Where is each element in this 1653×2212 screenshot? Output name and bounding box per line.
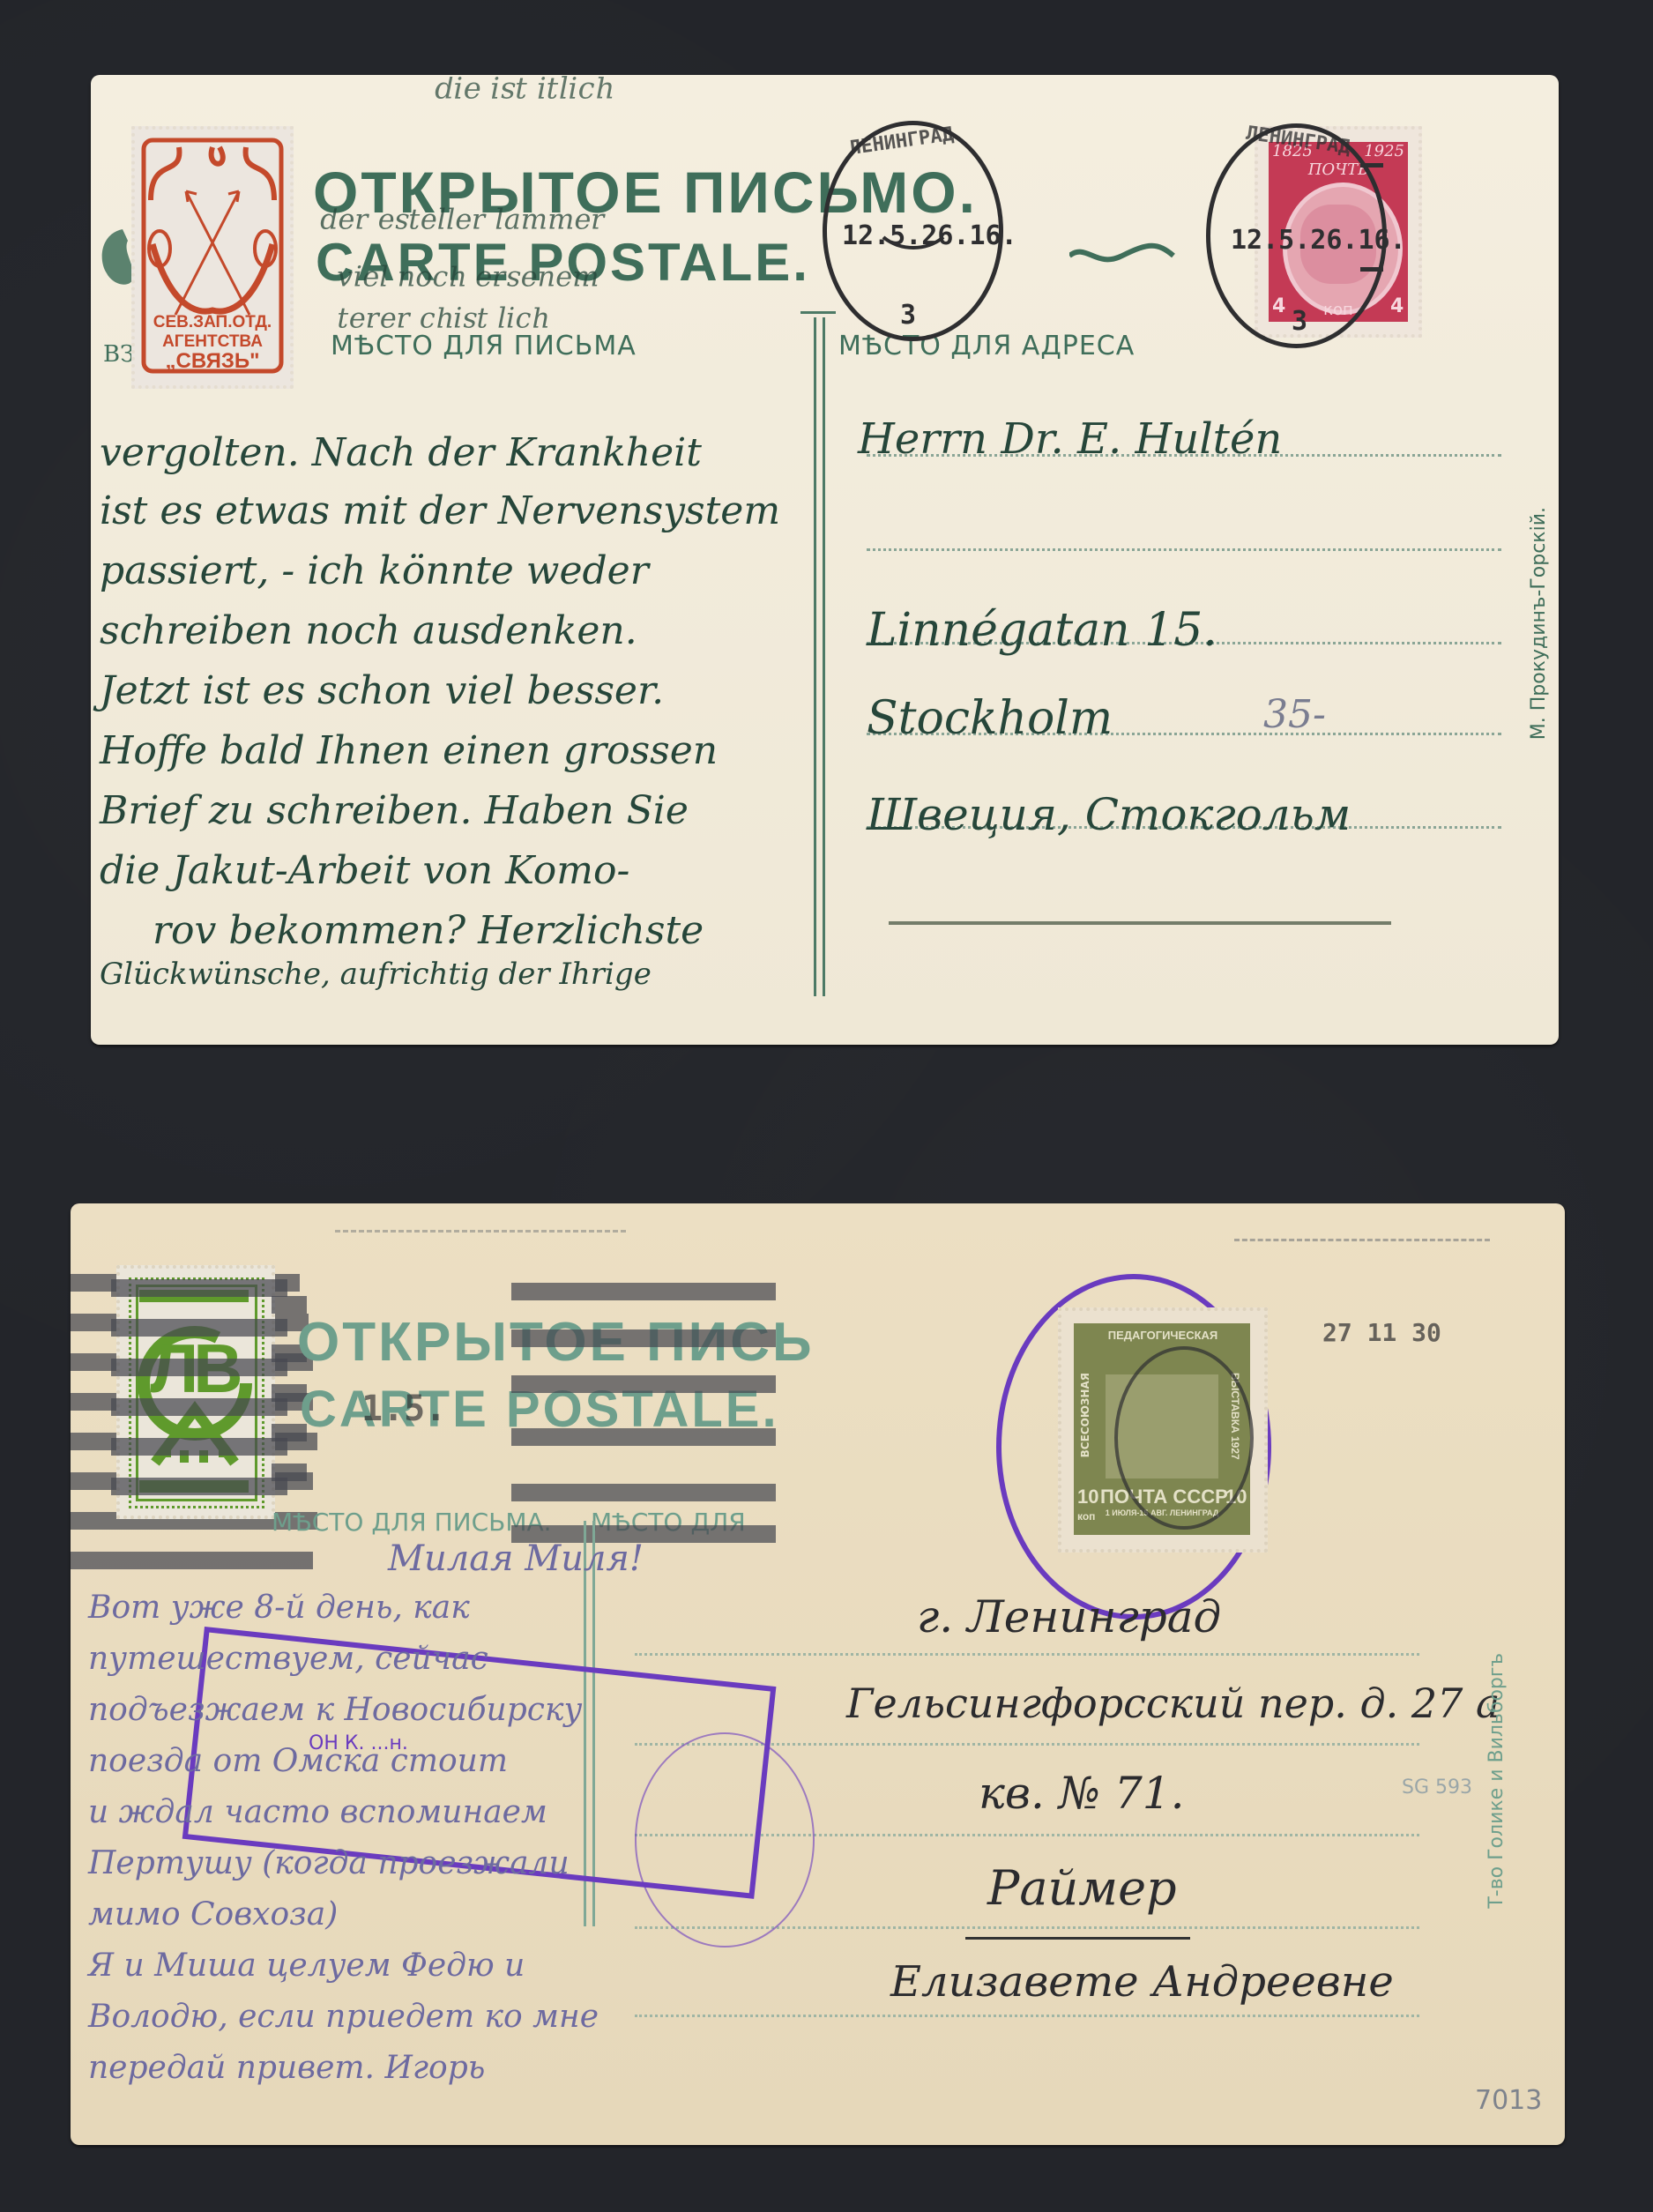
stamp-value-left: 10	[1077, 1486, 1098, 1508]
postmark-number: 3	[900, 300, 916, 331]
address-line: Елизавете Андреевне	[890, 1957, 1394, 2007]
address-line: Linnégatan 15.	[867, 604, 1217, 657]
message-line: Вот уже 8-й день, как	[88, 1583, 599, 1634]
postage-stamp-10-kop: ПЕДАГОГИЧЕСКАЯ ВСЕСОЮЗНАЯ ВЫСТАВКА 1927 …	[1058, 1307, 1268, 1553]
machine-cancel-date-left: 1.5.	[361, 1389, 446, 1429]
message-line: passiert, - ich könnte weder	[100, 541, 780, 601]
address-line: Stockholm	[867, 692, 1113, 745]
stamp-year-right: 1925	[1364, 142, 1404, 160]
divider-cap	[800, 311, 836, 314]
message-text: vergolten. Nach der Krankheit ist es etw…	[100, 423, 780, 987]
address-line: Herrn Dr. E. Hultén	[858, 414, 1282, 464]
message-line: подъезжаем к Новосибирску	[88, 1685, 599, 1736]
message-line: путешествуем, сейчас	[88, 1634, 599, 1685]
address-line: кв. № 71.	[979, 1768, 1184, 1819]
stamp-cancel	[1114, 1346, 1254, 1530]
message-line: ist es etwas mit der Nervensystem	[100, 481, 780, 541]
pencil-note: 35-	[1263, 692, 1326, 737]
address-dotted-line	[635, 2015, 1419, 2017]
pencil-inventory-number: 7013	[1475, 2085, 1542, 2116]
name-underline	[965, 1937, 1190, 1940]
message-line: rov bekommen? Herzlichste	[100, 901, 780, 961]
stamp-left-text: ВСЕСОЮЗНАЯ	[1079, 1373, 1091, 1457]
postmark-number: 3	[1292, 306, 1307, 337]
message-line: Jetzt ist es schon viel besser.	[100, 661, 780, 721]
message-line: Я и Миша целуем Федю и	[88, 1940, 599, 1992]
message-text: Вот уже 8-й день, как путешествуем, сейч…	[88, 1583, 599, 2094]
message-line: vergolten. Nach der Krankheit	[100, 423, 780, 483]
message-line: Brief zu schreiben. Haben Sie	[100, 781, 780, 841]
faint-violet-circle	[635, 1732, 815, 1948]
upside-down-handwriting: ɥɔᴉꞁʇᴉ ʇsᴉ ǝᴉp	[435, 75, 614, 110]
upside-down-handwriting: ɹǝɯɯɐꞁ ɹǝꞁꞁǝʇsǝ ɹǝp	[320, 207, 605, 241]
faint-marks	[1234, 1239, 1490, 1245]
message-line: Милая Миля!	[388, 1538, 644, 1579]
message-line: Володю, если приедет ко мне	[88, 1992, 599, 2043]
postmark-date: 12.5.26.16.	[842, 220, 1017, 251]
divider-line	[814, 317, 816, 996]
address-line: Раймер	[987, 1860, 1177, 1916]
stamp-unit: коп	[1077, 1510, 1095, 1523]
message-line: die Jakut-Arbeit von Komo-	[100, 841, 780, 901]
message-line: Hoffe bald Ihnen einen grossen	[100, 721, 780, 781]
upside-down-handwriting: ɯǝuǝsɹǝ ɥɔou ꞁǝᴉʌ	[338, 264, 599, 298]
message-line: Пертушу (когда проезжали	[88, 1838, 599, 1889]
header-flourish	[1069, 242, 1175, 269]
printer-imprint: Т-во Голике и Вильборгъ	[1485, 1653, 1508, 1909]
address-line: Гельсингфорсский пер. д. 27 а	[846, 1679, 1500, 1727]
stamp-top-text: ПЕДАГОГИЧЕСКАЯ	[1097, 1329, 1229, 1342]
postcard-bottom: ЛВ ОТКРЫТОЕ ПИСЬ CARTE POSTALE. 1.5. МѢС…	[71, 1203, 1565, 2145]
message-line: поезда от Омска стоит	[88, 1736, 599, 1787]
address-dotted-line	[867, 548, 1501, 551]
address-line: г. Ленинград	[917, 1591, 1221, 1642]
address-line: Швеция, Стокгольм	[867, 789, 1351, 840]
message-line: и ждал часто вспоминаем	[88, 1787, 599, 1838]
message-line: schreiben noch ausdenken.	[100, 601, 780, 661]
svyaz-label-stamp: СЕВ.ЗАП.ОТД. АГЕНТСТВА „СВЯЗЬ"	[131, 126, 294, 389]
message-line: передай привет. Игорь	[88, 2043, 599, 2094]
divider-line	[823, 317, 825, 996]
postmark-date: 12.5.26.16.	[1231, 225, 1406, 256]
address-dotted-line	[635, 1653, 1419, 1656]
printer-imprint: М. Прокудинъ-Горскiй.	[1528, 507, 1550, 740]
machine-cancel-date-right: 27 11 30	[1322, 1318, 1441, 1347]
address-underline	[889, 921, 1391, 925]
label-stamp-line1: СЕВ.ЗАП.ОТД.	[135, 313, 290, 332]
postcard-top: ВЗС СЕВ.ЗАП.ОТД. АГЕНТСТВА „СВЯЗЬ" ОТКРЫ…	[91, 75, 1559, 1045]
upside-down-handwriting: ɥɔᴉꞁ ʇsᴉɥɔ ɹǝɹǝʇ	[338, 306, 549, 339]
pencil-catalog-number: SG 593	[1402, 1776, 1472, 1799]
message-line: мимо Совхоза)	[88, 1889, 599, 1940]
green-label-stamp: ЛВ	[116, 1265, 275, 1519]
message-area-label: МѢСТО ДЛЯ ПИСЬМА.	[272, 1508, 552, 1537]
label-stamp-line3: „СВЯЗЬ"	[135, 352, 290, 371]
message-line: Glückwünsche, aufrichtig der Ihrige	[100, 961, 780, 987]
faint-marks	[335, 1230, 626, 1236]
